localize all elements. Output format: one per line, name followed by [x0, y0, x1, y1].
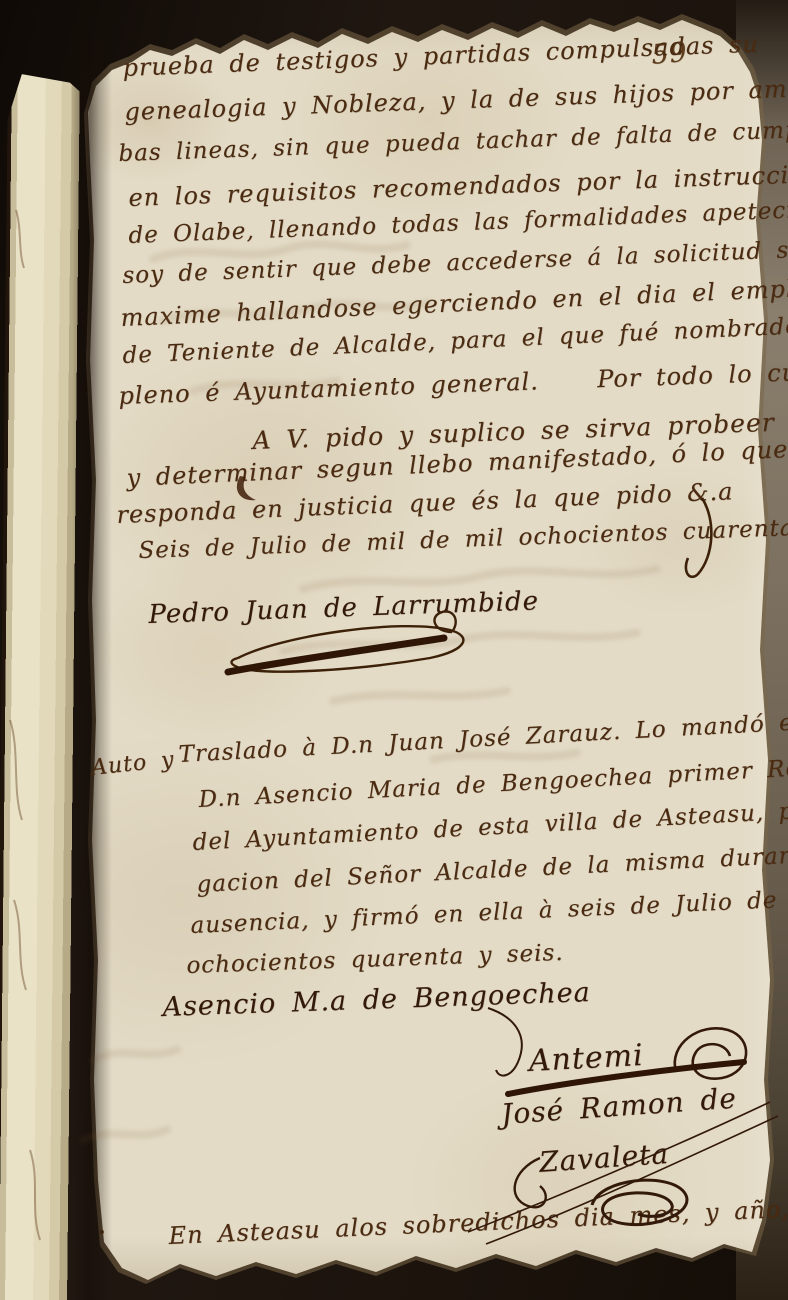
scanned-manuscript: 59 prueba de testigos y partidas compuls… [0, 0, 788, 1300]
gutter-shadow [72, 40, 112, 1300]
attestation-antemi: Antemi [528, 1038, 645, 1079]
